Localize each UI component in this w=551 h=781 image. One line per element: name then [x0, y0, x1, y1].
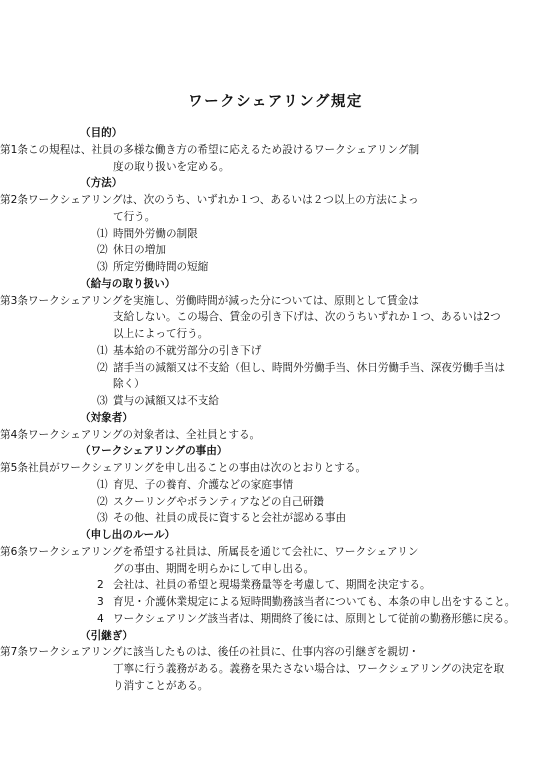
item-number: ⑶ [97, 259, 108, 276]
line-text: ワークシェアリングを希望する社員は、所属長を通じて会社に、ワークシェアリン [28, 546, 418, 558]
article-number: 第2条 [0, 194, 28, 206]
line-text: スクーリングやボランティアなどの自己研鑽 [113, 494, 324, 511]
article-line: 第2条ワークシェアリングは、次のうち、いずれか１つ、あるいは２つ以上の方法によっ [0, 192, 419, 209]
article-line: 第6条ワークシェアリングを希望する社員は、所属長を通じて会社に、ワークシェアリン [0, 544, 418, 561]
article-number: 第4条 [0, 429, 28, 441]
line-text: ワークシェアリング該当者は、期間終了後には、原則として従前の勤務形態に戻る。 [113, 611, 515, 628]
line-text: 所定労働時間の短縮 [113, 259, 208, 276]
continuation-line: 以上によって行う。 [113, 326, 208, 343]
item-number: 4 [97, 611, 104, 628]
continuation-line: 度の取り扱いを定める。 [113, 159, 230, 176]
item-number: 3 [97, 594, 104, 611]
article-line: 第7条ワークシェアリングに該当したものは、後任の社員に、仕事内容の引継ぎを親切・ [0, 644, 419, 661]
line-text: ワークシェアリングを実施し、労働時間が減った分については、原則として賃金は [28, 295, 419, 307]
line-text: 賞与の減額又は不支給 [113, 393, 219, 410]
line-text: 社員がワークシェアリングを申し出ることの事由は次のとおりとする。 [28, 462, 366, 474]
section-heading: （方法） [80, 175, 122, 192]
item-number: ⑵ [97, 494, 108, 511]
line-text: ワークシェアリングの対象者は、全社員とする。 [28, 429, 260, 441]
article-number: 第1条 [0, 144, 28, 156]
article-number: 第3条 [0, 295, 28, 307]
section-heading: （対象者） [80, 410, 133, 427]
line-text: 時間外労働の制限 [113, 226, 198, 243]
item-number: ⑴ [97, 226, 108, 243]
section-heading: （ワークシェアリングの事由） [80, 443, 227, 460]
section-heading: （申し出のルール） [80, 527, 175, 544]
section-heading: （引継ぎ） [80, 628, 133, 645]
article-number: 第5条 [0, 462, 28, 474]
continuation-line: て行う。 [113, 209, 155, 226]
item-number: ⑴ [97, 343, 108, 360]
item-number: ⑶ [97, 393, 108, 410]
article-line: 第1条この規程は、社員の多様な働き方の希望に応えるため設けるワークシェアリング制 [0, 142, 419, 159]
line-text: この規程は、社員の多様な働き方の希望に応えるため設けるワークシェアリング制 [28, 144, 419, 156]
document-title: ワークシェアリング規定 [0, 90, 551, 111]
article-number: 第6条 [0, 546, 28, 558]
line-text: 育児、子の養育、介護などの家庭事情 [113, 477, 293, 494]
article-line: 第3条ワークシェアリングを実施し、労働時間が減った分については、原則として賃金は [0, 293, 419, 310]
line-text: ワークシェアリングに該当したものは、後任の社員に、仕事内容の引継ぎを親切・ [28, 646, 419, 658]
section-heading: （給与の取り扱い） [80, 276, 175, 293]
article-number: 第7条 [0, 646, 28, 658]
item-number: ⑴ [97, 477, 108, 494]
continuation-line: 除く） [113, 376, 145, 393]
line-text: ワークシェアリングは、次のうち、いずれか１つ、あるいは２つ以上の方法によっ [28, 194, 419, 206]
article-line: 第5条社員がワークシェアリングを申し出ることの事由は次のとおりとする。 [0, 460, 366, 477]
document-page: ワークシェアリング規定 （目的）第1条この規程は、社員の多様な働き方の希望に応え… [0, 0, 551, 781]
line-text: 育児・介護休業規定による短時間勤務該当者についても、本条の申し出をすること。 [113, 594, 515, 611]
line-text: 会社は、社員の希望と現場業務量等を考慮して、期間を決定する。 [113, 577, 431, 594]
line-text: その他、社員の成長に資すると会社が認める事由 [113, 510, 346, 527]
line-text: 基本給の不就労部分の引き下げ [113, 343, 261, 360]
continuation-line: 丁寧に行う義務がある。義務を果たさない場合は、ワークシェアリングの決定を取 [113, 661, 504, 678]
continuation-line: り消すことがある。 [113, 678, 208, 695]
item-number: 2 [97, 577, 104, 594]
continuation-line: グの事由、期間を明らかにして申し出る。 [113, 561, 314, 578]
item-number: ⑶ [97, 510, 108, 527]
item-number: ⑵ [97, 360, 108, 377]
line-text: 休日の増加 [113, 242, 166, 259]
continuation-line: 支給しない。この場合、賃金の引き下げは、次のうちいずれか１つ、あるいは2つ [113, 309, 501, 326]
section-heading: （目的） [80, 125, 122, 142]
item-number: ⑵ [97, 242, 108, 259]
article-line: 第4条ワークシェアリングの対象者は、全社員とする。 [0, 427, 260, 444]
line-text: 諸手当の減額又は不支給（但し、時間外労働手当、休日労働手当、深夜労働手当は [113, 360, 505, 377]
